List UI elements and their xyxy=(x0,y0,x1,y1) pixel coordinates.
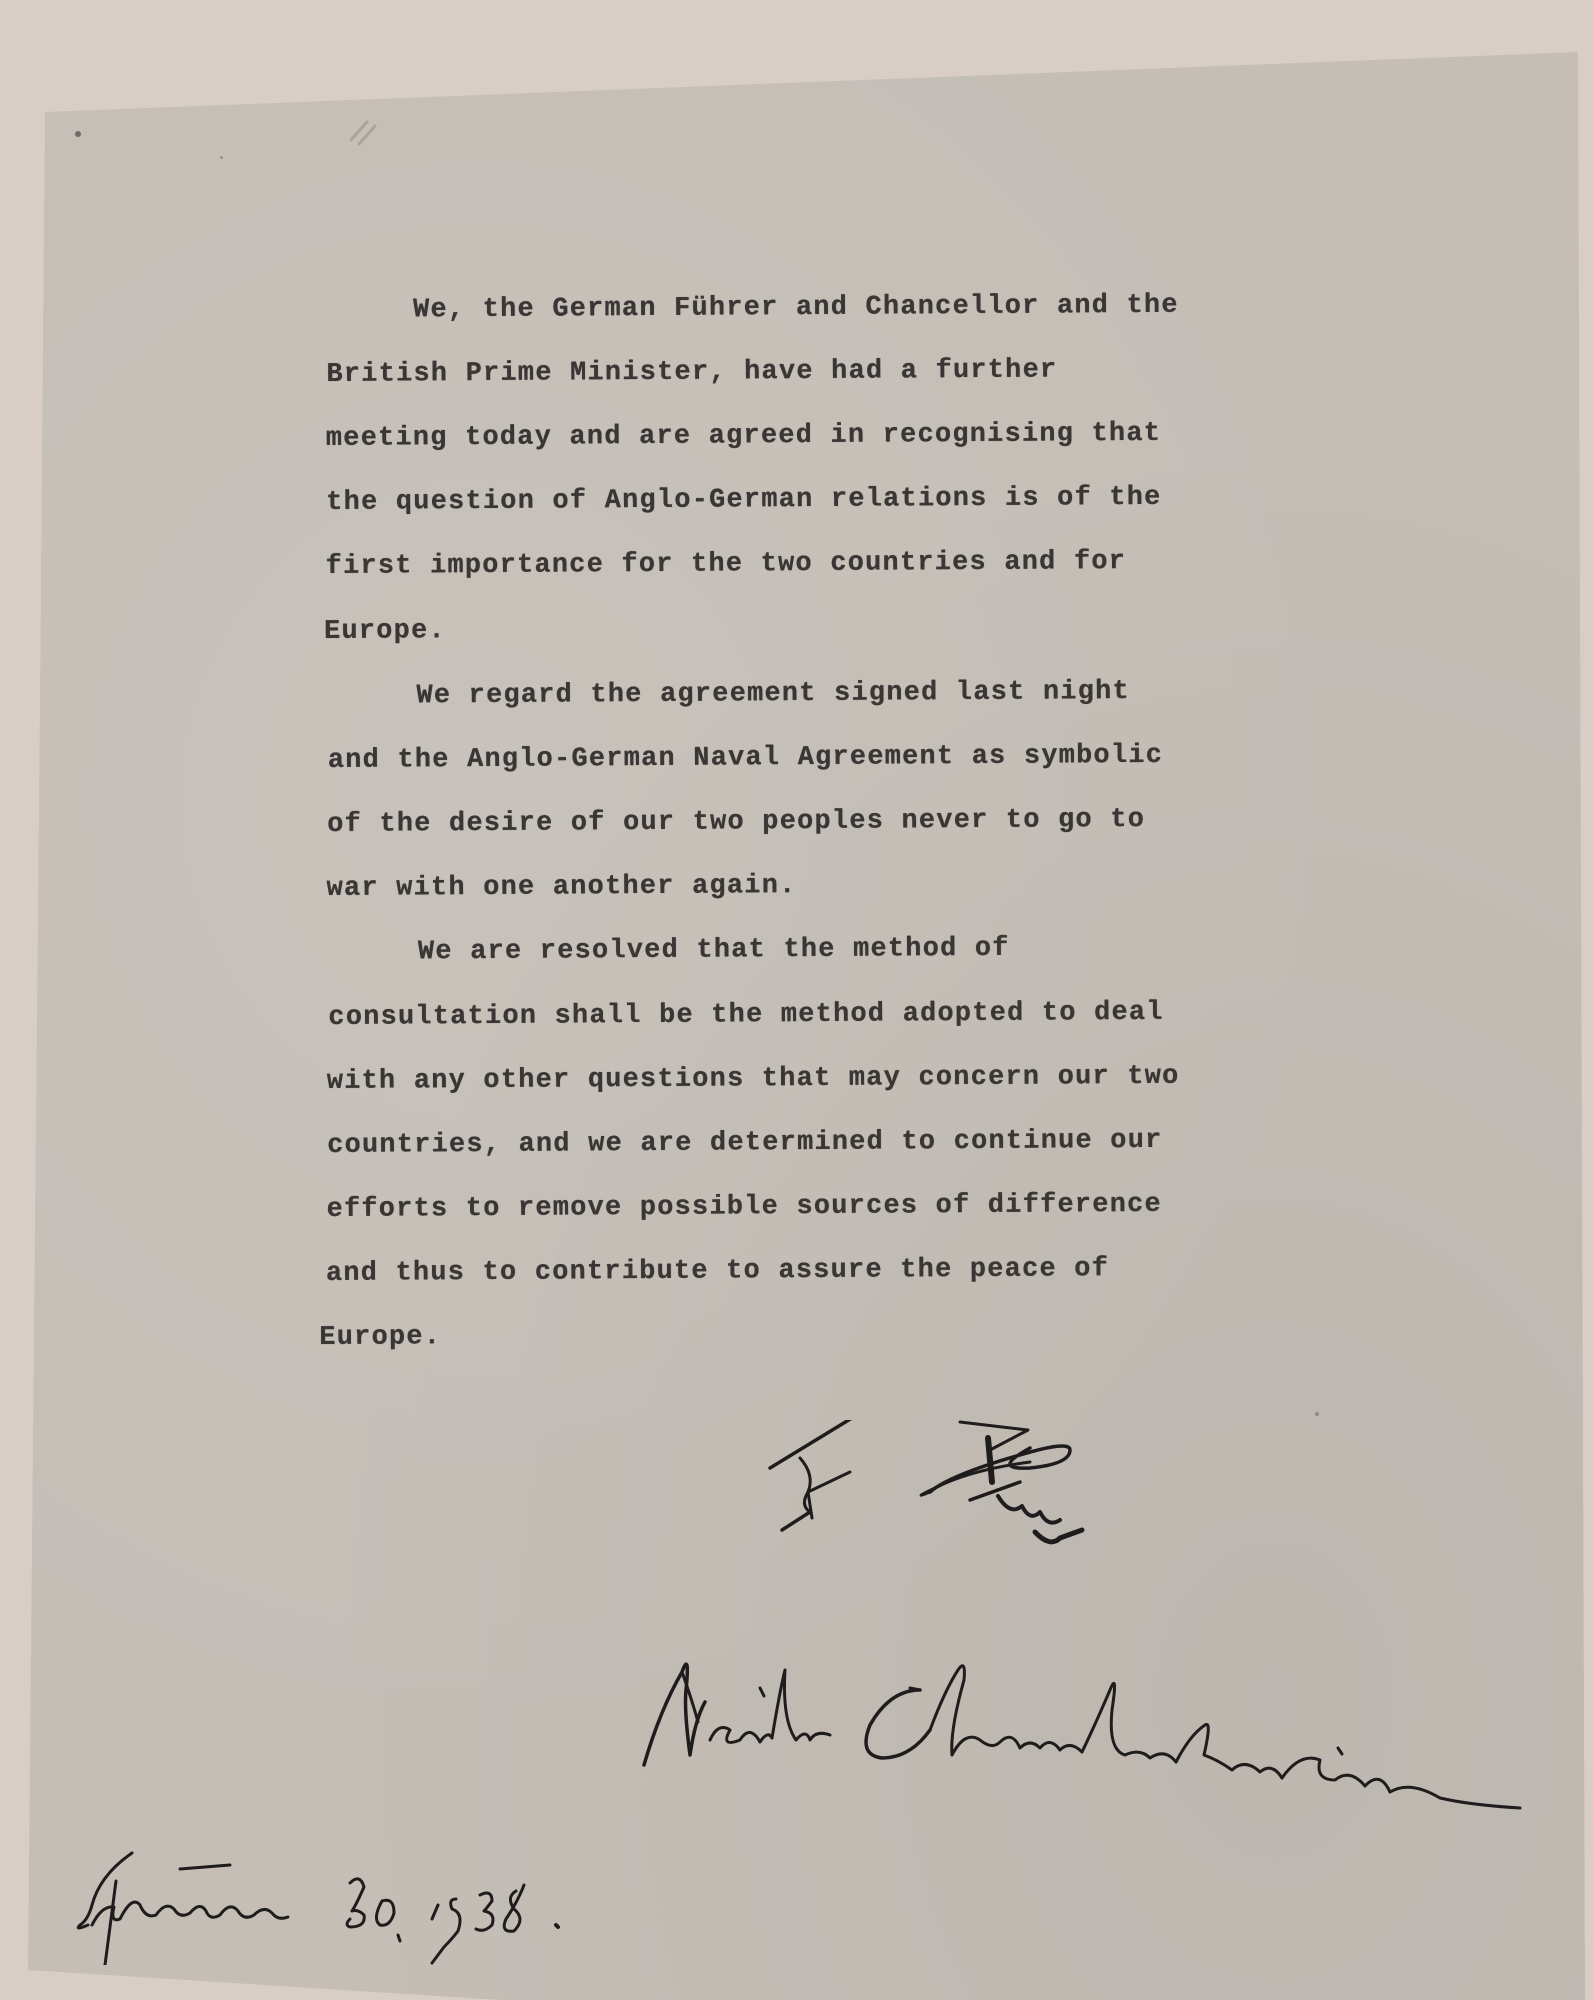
paragraph-1-line-1: We, the German Führer and Chancellor and… xyxy=(413,291,1179,326)
signature-hitler: A. Hitler xyxy=(760,1420,1180,1580)
paragraph-3-line-5: efforts to remove possible sources of di… xyxy=(326,1190,1161,1225)
signature-chamberlain: Neville Chamberlain xyxy=(620,1630,1550,1820)
paragraph-3-line-4: countries, and we are determined to cont… xyxy=(327,1126,1162,1161)
paragraph-3-line-7: Europe. xyxy=(319,1322,441,1353)
paragraph-2-line-2: and the Anglo-German Naval Agreement as … xyxy=(328,741,1163,776)
signature-chamberlain-strokes xyxy=(620,1630,1550,1820)
paragraph-3-line-3: with any other questions that may concer… xyxy=(327,1062,1180,1097)
signature-hitler-strokes xyxy=(760,1420,1180,1580)
paragraph-2-line-1: We regard the agreement signed last nigh… xyxy=(416,677,1130,711)
paragraph-3-line-1: We are resolved that the method of xyxy=(418,934,1010,968)
paragraph-1-line-4: the question of Anglo-German relations i… xyxy=(326,483,1161,518)
paragraph-1-line-3: meeting today and are agreed in recognis… xyxy=(326,419,1161,454)
typed-text-block: We, the German Führer and Chancellor and… xyxy=(0,0,1593,1402)
paragraph-1-line-5: first importance for the two countries a… xyxy=(326,547,1127,582)
paragraph-3-line-6: and thus to contribute to assure the pea… xyxy=(326,1254,1109,1289)
paragraph-1-line-6: Europe. xyxy=(324,616,446,647)
paragraph-2-line-4: war with one another again. xyxy=(327,871,797,904)
date-handwritten: September 30, 1938 xyxy=(60,1835,680,1965)
paragraph-2-line-3: of the desire of our two peoples never t… xyxy=(327,805,1145,840)
paragraph-3-line-2: consultation shall be the method adopted… xyxy=(328,998,1163,1033)
paragraph-1-line-2: British Prime Minister, have had a furth… xyxy=(326,355,1057,389)
date-strokes xyxy=(60,1835,680,1965)
paper-speck xyxy=(1315,1412,1319,1416)
